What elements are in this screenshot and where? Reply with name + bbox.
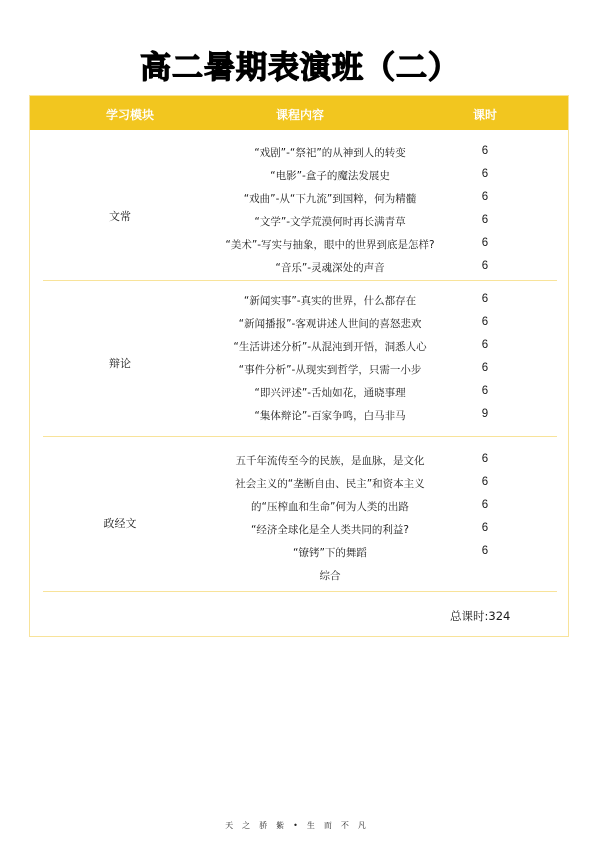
course-content: “事件分析”-从现实到哲学，只需一小步 [239, 362, 422, 377]
table-row: 社会主义的“垄断自由、民主”和资本主义 6 [30, 476, 568, 499]
course-hours: 6 [482, 293, 488, 305]
course-content: “戏剧”-“祭祀”的从神到人的转变 [254, 145, 406, 160]
course-hours: 6 [482, 499, 488, 511]
page-title: 高二暑期表演班（二） [0, 42, 600, 87]
course-hours: 6 [482, 339, 488, 351]
course-hours: 6 [482, 453, 488, 465]
course-hours: 6 [482, 385, 488, 397]
course-hours: 6 [482, 191, 488, 203]
course-content: 社会主义的“垄断自由、民主”和资本主义 [235, 476, 424, 491]
course-content: “集体辩论”-百家争鸣，白马非马 [254, 408, 405, 423]
table-row: “电影”-盒子的魔法发展史 6 [30, 168, 568, 191]
table-row: “集体辩论”-百家争鸣，白马非马 9 [30, 408, 568, 431]
course-content: 综合 [320, 568, 341, 583]
table-header: 学习模块 课程内容 课时 [30, 96, 568, 130]
course-hours: 6 [482, 362, 488, 374]
course-content: “生活讲述分析”-从混沌到开悟，洞悉人心 [233, 339, 426, 354]
table-row: “事件分析”-从现实到哲学，只需一小步 6 [30, 362, 568, 385]
course-hours: 6 [482, 476, 488, 488]
course-content: “音乐”-灵魂深处的声音 [275, 260, 384, 275]
course-content: 五千年流传至今的民族，是血脉，是文化 [236, 453, 425, 468]
course-content: “美术”-写实与抽象，眼中的世界到底是怎样? [225, 237, 434, 252]
table-row: 综合 [30, 568, 568, 591]
table-row: “戏曲”-从“下九流”到国粹，何为精髓 6 [30, 191, 568, 214]
course-hours: 6 [482, 522, 488, 534]
course-content: “新闻播报”-客观讲述人世间的喜怒悲欢 [239, 316, 422, 331]
course-hours: 6 [482, 237, 488, 249]
course-content: “电影”-盒子的魔法发展史 [270, 168, 390, 183]
table-row: “镣铐”下的舞蹈 6 [30, 545, 568, 568]
header-hours: 课时 [473, 106, 497, 123]
section-divider [43, 436, 557, 437]
course-hours: 6 [482, 145, 488, 157]
course-hours: 6 [482, 545, 488, 557]
course-content: “戏曲”-从“下九流”到国粹，何为精髓 [244, 191, 417, 206]
course-content: 的“压榨血和生命”何为人类的出路 [251, 499, 409, 514]
table-row: “即兴评述”-舌灿如花，通晓事理 6 [30, 385, 568, 408]
course-table: 学习模块 课程内容 课时 文常 “戏剧”-“祭祀”的从神到人的转变 6 “电影”… [29, 95, 569, 637]
header-module: 学习模块 [106, 106, 154, 123]
course-hours: 6 [482, 260, 488, 272]
course-content: “即兴评述”-舌灿如花，通晓事理 [254, 385, 405, 400]
table-row: “生活讲述分析”-从混沌到开悟，洞悉人心 6 [30, 339, 568, 362]
course-content: “镣铐”下的舞蹈 [293, 545, 367, 560]
table-row: 的“压榨血和生命”何为人类的出路 6 [30, 499, 568, 522]
course-content: “文学”-文学荒漠何时再长满青草 [254, 214, 405, 229]
course-hours: 6 [482, 316, 488, 328]
table-row: “新闻播报”-客观讲述人世间的喜怒悲欢 6 [30, 316, 568, 339]
section-divider [43, 280, 557, 281]
course-content: “新闻实事”-真实的世界，什么都存在 [244, 293, 416, 308]
course-content: “经济全球化是全人类共同的利益? [251, 522, 409, 537]
footer-slogan: 天之骄紫•生而不凡 [0, 820, 600, 831]
table-row: “美术”-写实与抽象，眼中的世界到底是怎样? 6 [30, 237, 568, 260]
table-row: “经济全球化是全人类共同的利益? 6 [30, 522, 568, 545]
course-hours: 6 [482, 214, 488, 226]
table-row: “文学”-文学荒漠何时再长满青草 6 [30, 214, 568, 237]
total-hours: 总课时:324 [450, 608, 510, 624]
table-row: 五千年流传至今的民族，是血脉，是文化 6 [30, 453, 568, 476]
section-divider [43, 591, 557, 592]
course-hours: 6 [482, 168, 488, 180]
table-row: “新闻实事”-真实的世界，什么都存在 6 [30, 293, 568, 316]
header-content: 课程内容 [276, 106, 324, 123]
table-row: “戏剧”-“祭祀”的从神到人的转变 6 [30, 145, 568, 168]
course-hours: 9 [482, 408, 488, 420]
